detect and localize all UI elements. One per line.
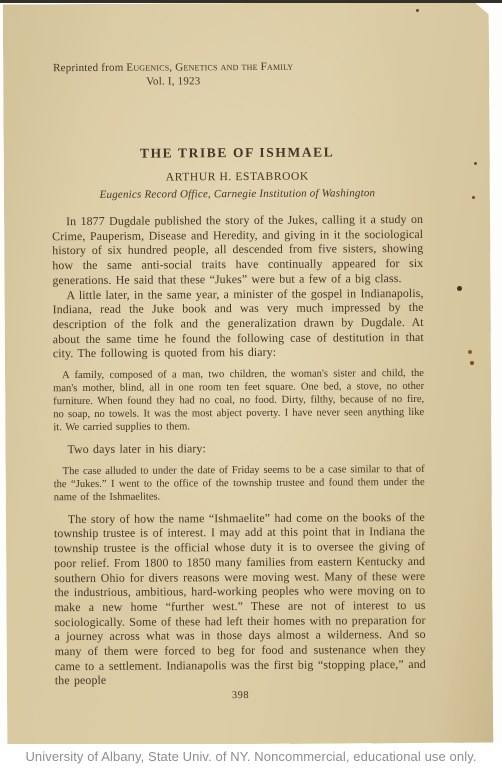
- paper-speck: [472, 196, 475, 199]
- paragraph: The story of how the name “Ishmaelite” h…: [54, 510, 426, 689]
- article-body: In 1877 Dugdale published the story of t…: [52, 212, 426, 702]
- paper-speck: [416, 9, 419, 12]
- paragraph: A little later, in the same year, a mini…: [52, 285, 423, 361]
- diary-quote: The case alluded to under the date of Fr…: [54, 463, 425, 504]
- diary-quote: A family, composed of a man, two childre…: [53, 367, 424, 434]
- attribution-caption: University of Albany, State Univ. of NY.…: [25, 749, 476, 764]
- paper-speck: [474, 162, 477, 165]
- volume-line: Vol. I, 1923: [53, 74, 293, 89]
- article-title: THE TRIBE OF ISHMAEL: [52, 144, 423, 162]
- journal-title: Eugenics, Genetics and the Family: [126, 61, 293, 74]
- reprint-line: Reprinted from Eugenics, Genetics and th…: [53, 61, 293, 76]
- paper-speck: [468, 350, 472, 354]
- paragraph: In 1877 Dugdale published the story of t…: [52, 212, 423, 288]
- article-author: ARTHUR H. ESTABROOK: [52, 170, 423, 184]
- scan-edge-top: [0, 0, 502, 3]
- paragraph: Two days later in his diary:: [53, 440, 424, 457]
- reprint-prefix: Reprinted from: [53, 62, 126, 74]
- paper-speck: [457, 286, 462, 291]
- document-page: Reprinted from Eugenics, Genetics and th…: [3, 2, 494, 746]
- page-content: Reprinted from Eugenics, Genetics and th…: [51, 60, 426, 702]
- reprint-header: Reprinted from Eugenics, Genetics and th…: [53, 61, 293, 89]
- attribution-footer: University of Albany, State Univ. of NY.…: [0, 744, 502, 769]
- article-affiliation: Eugenics Record Office, Carnegie Institu…: [52, 187, 423, 201]
- page-number: 398: [55, 689, 426, 702]
- paper-speck: [470, 361, 474, 365]
